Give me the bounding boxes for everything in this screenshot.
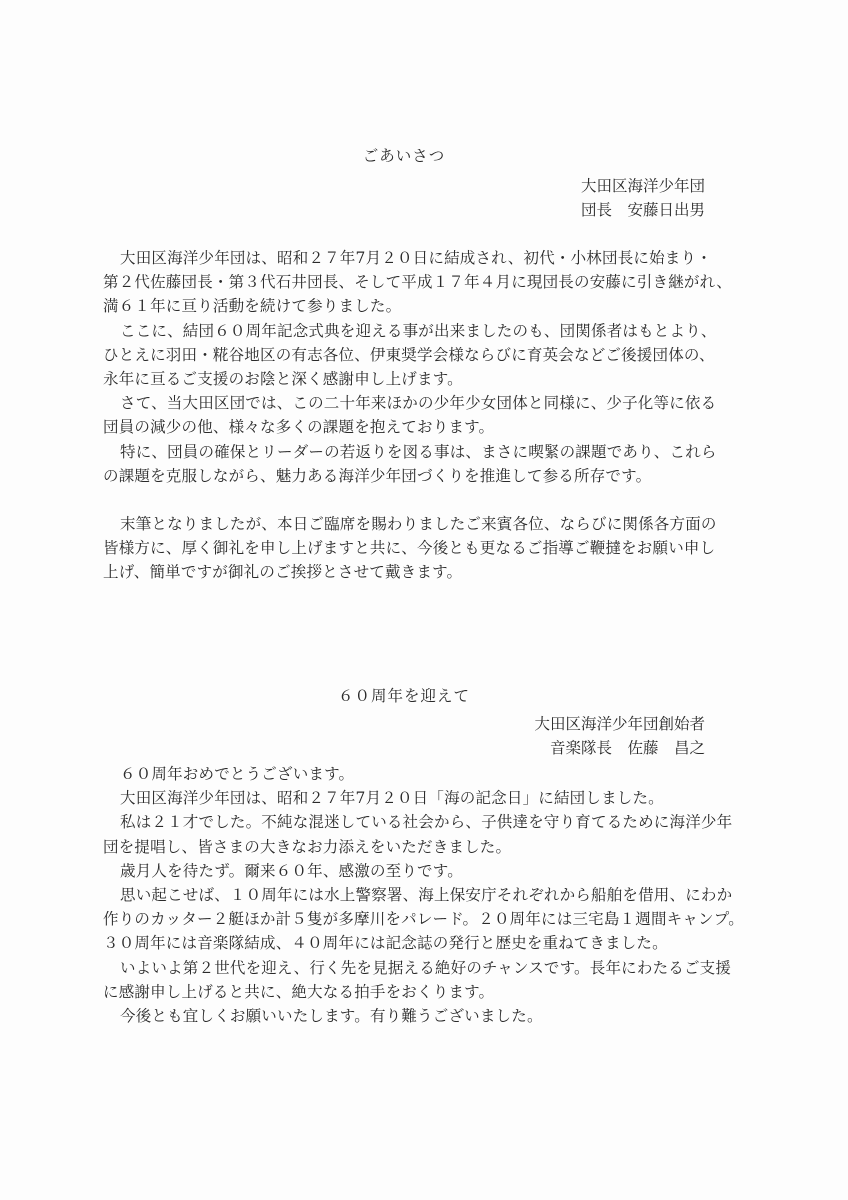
text-line: 団を提唱し、皆さまの大きなお力添えをいただきました。 (103, 835, 705, 859)
text-line: 皆様方に、厚く御礼を申し上げますと共に、今後とも更なるご指導ご鞭撻をお願い申し (103, 536, 705, 560)
text-line: 歳月人を待たず。爾来６０年、感激の至りです。 (103, 859, 705, 883)
text-line: ６０周年おめでとうございます。 (103, 762, 705, 786)
text-line: 末筆となりましたが、本日ご臨席を賜わりましたご来賓各位、ならびに関係各方面の (103, 512, 705, 536)
text-line: 大田区海洋少年団は、昭和２７年7月２０日に結成され、初代・小林団長に始まり・ (103, 246, 705, 270)
text-line: 第２代佐藤団長・第３代石井団長、そして平成１７年４月に現団長の安藤に引き継がれ、 (103, 270, 705, 294)
text-line: 大田区海洋少年団は、昭和２７年7月２０日「海の記念日」に結団しました。 (103, 786, 705, 810)
text-line: の課題を克服しながら、魅力ある海洋少年団づくりを推進して参る所存です。 (103, 464, 705, 488)
text-line: 団員の減少の他、様々な多くの課題を抱えております。 (103, 415, 705, 439)
greeting-title: ごあいさつ (103, 146, 705, 166)
anniversary-body: ６０周年おめでとうございます。大田区海洋少年団は、昭和２７年7月２０日「海の記念… (103, 762, 705, 1028)
text-line: 私は２１才でした。不純な混迷している社会から、子供達を守り育てるために海洋少年 (103, 810, 705, 834)
anniversary-org: 大田区海洋少年団創始者 (103, 712, 705, 736)
anniversary-author: 音楽隊長 佐藤 昌之 (103, 736, 705, 760)
greeting-org: 大田区海洋少年団 (103, 174, 705, 198)
text-line: 特に、団員の確保とリーダーの若返りを図る事は、まさに喫緊の課題であり、これら (103, 440, 705, 464)
text-line: 満６１年に亘り活動を続けて参りました。 (103, 294, 705, 318)
text-line: ここに、結団６０周年記念式典を迎える事が出来ましたのも、団関係者はもとより、 (103, 319, 705, 343)
text-line: 思い起こせば、１０周年には水上警察署、海上保安庁それぞれから船舶を借用、にわか (103, 883, 705, 907)
text-line: 永年に亘るご支援のお陰と深く感謝申し上げます。 (103, 367, 705, 391)
anniversary-section: ６０周年を迎えて 大田区海洋少年団創始者 音楽隊長 佐藤 昌之 (103, 686, 705, 760)
anniversary-title: ６０周年を迎えて (103, 686, 705, 706)
text-line: さて、当大田区団では、この二十年来ほかの少年少女団体と同様に、少子化等に依る (103, 391, 705, 415)
text-line: 作りのカッター２艇ほか計５隻が多摩川をパレード。２０周年には三宅島１週間キャンプ… (103, 907, 705, 931)
text-line: 上げ、簡単ですが御礼のご挨拶とさせて戴きます。 (103, 560, 705, 584)
greeting-author: 団長 安藤日出男 (103, 198, 705, 222)
greeting-section: ごあいさつ 大田区海洋少年団 団長 安藤日出男 (103, 146, 705, 222)
text-line: ３０周年には音楽隊結成、４０周年には記念誌の発行と歴史を重ねてきました。 (103, 931, 705, 955)
text-line: に感謝申し上げると共に、絶大なる拍手をおくります。 (103, 980, 705, 1004)
text-line: ひとえに羽田・糀谷地区の有志各位、伊東奨学会様ならびに育英会などご後援団体の、 (103, 343, 705, 367)
text-line: 今後とも宜しくお願いいたします。有り難うございました。 (103, 1004, 705, 1028)
greeting-body: 大田区海洋少年団は、昭和２７年7月２０日に結成され、初代・小林団長に始まり・第２… (103, 246, 705, 584)
document-page: ごあいさつ 大田区海洋少年団 団長 安藤日出男 大田区海洋少年団は、昭和２７年7… (0, 0, 848, 1200)
text-line: いよいよ第２世代を迎え、行く先を見据える絶好のチャンスです。長年にわたるご支援 (103, 956, 705, 980)
paragraph-gap (103, 488, 705, 512)
